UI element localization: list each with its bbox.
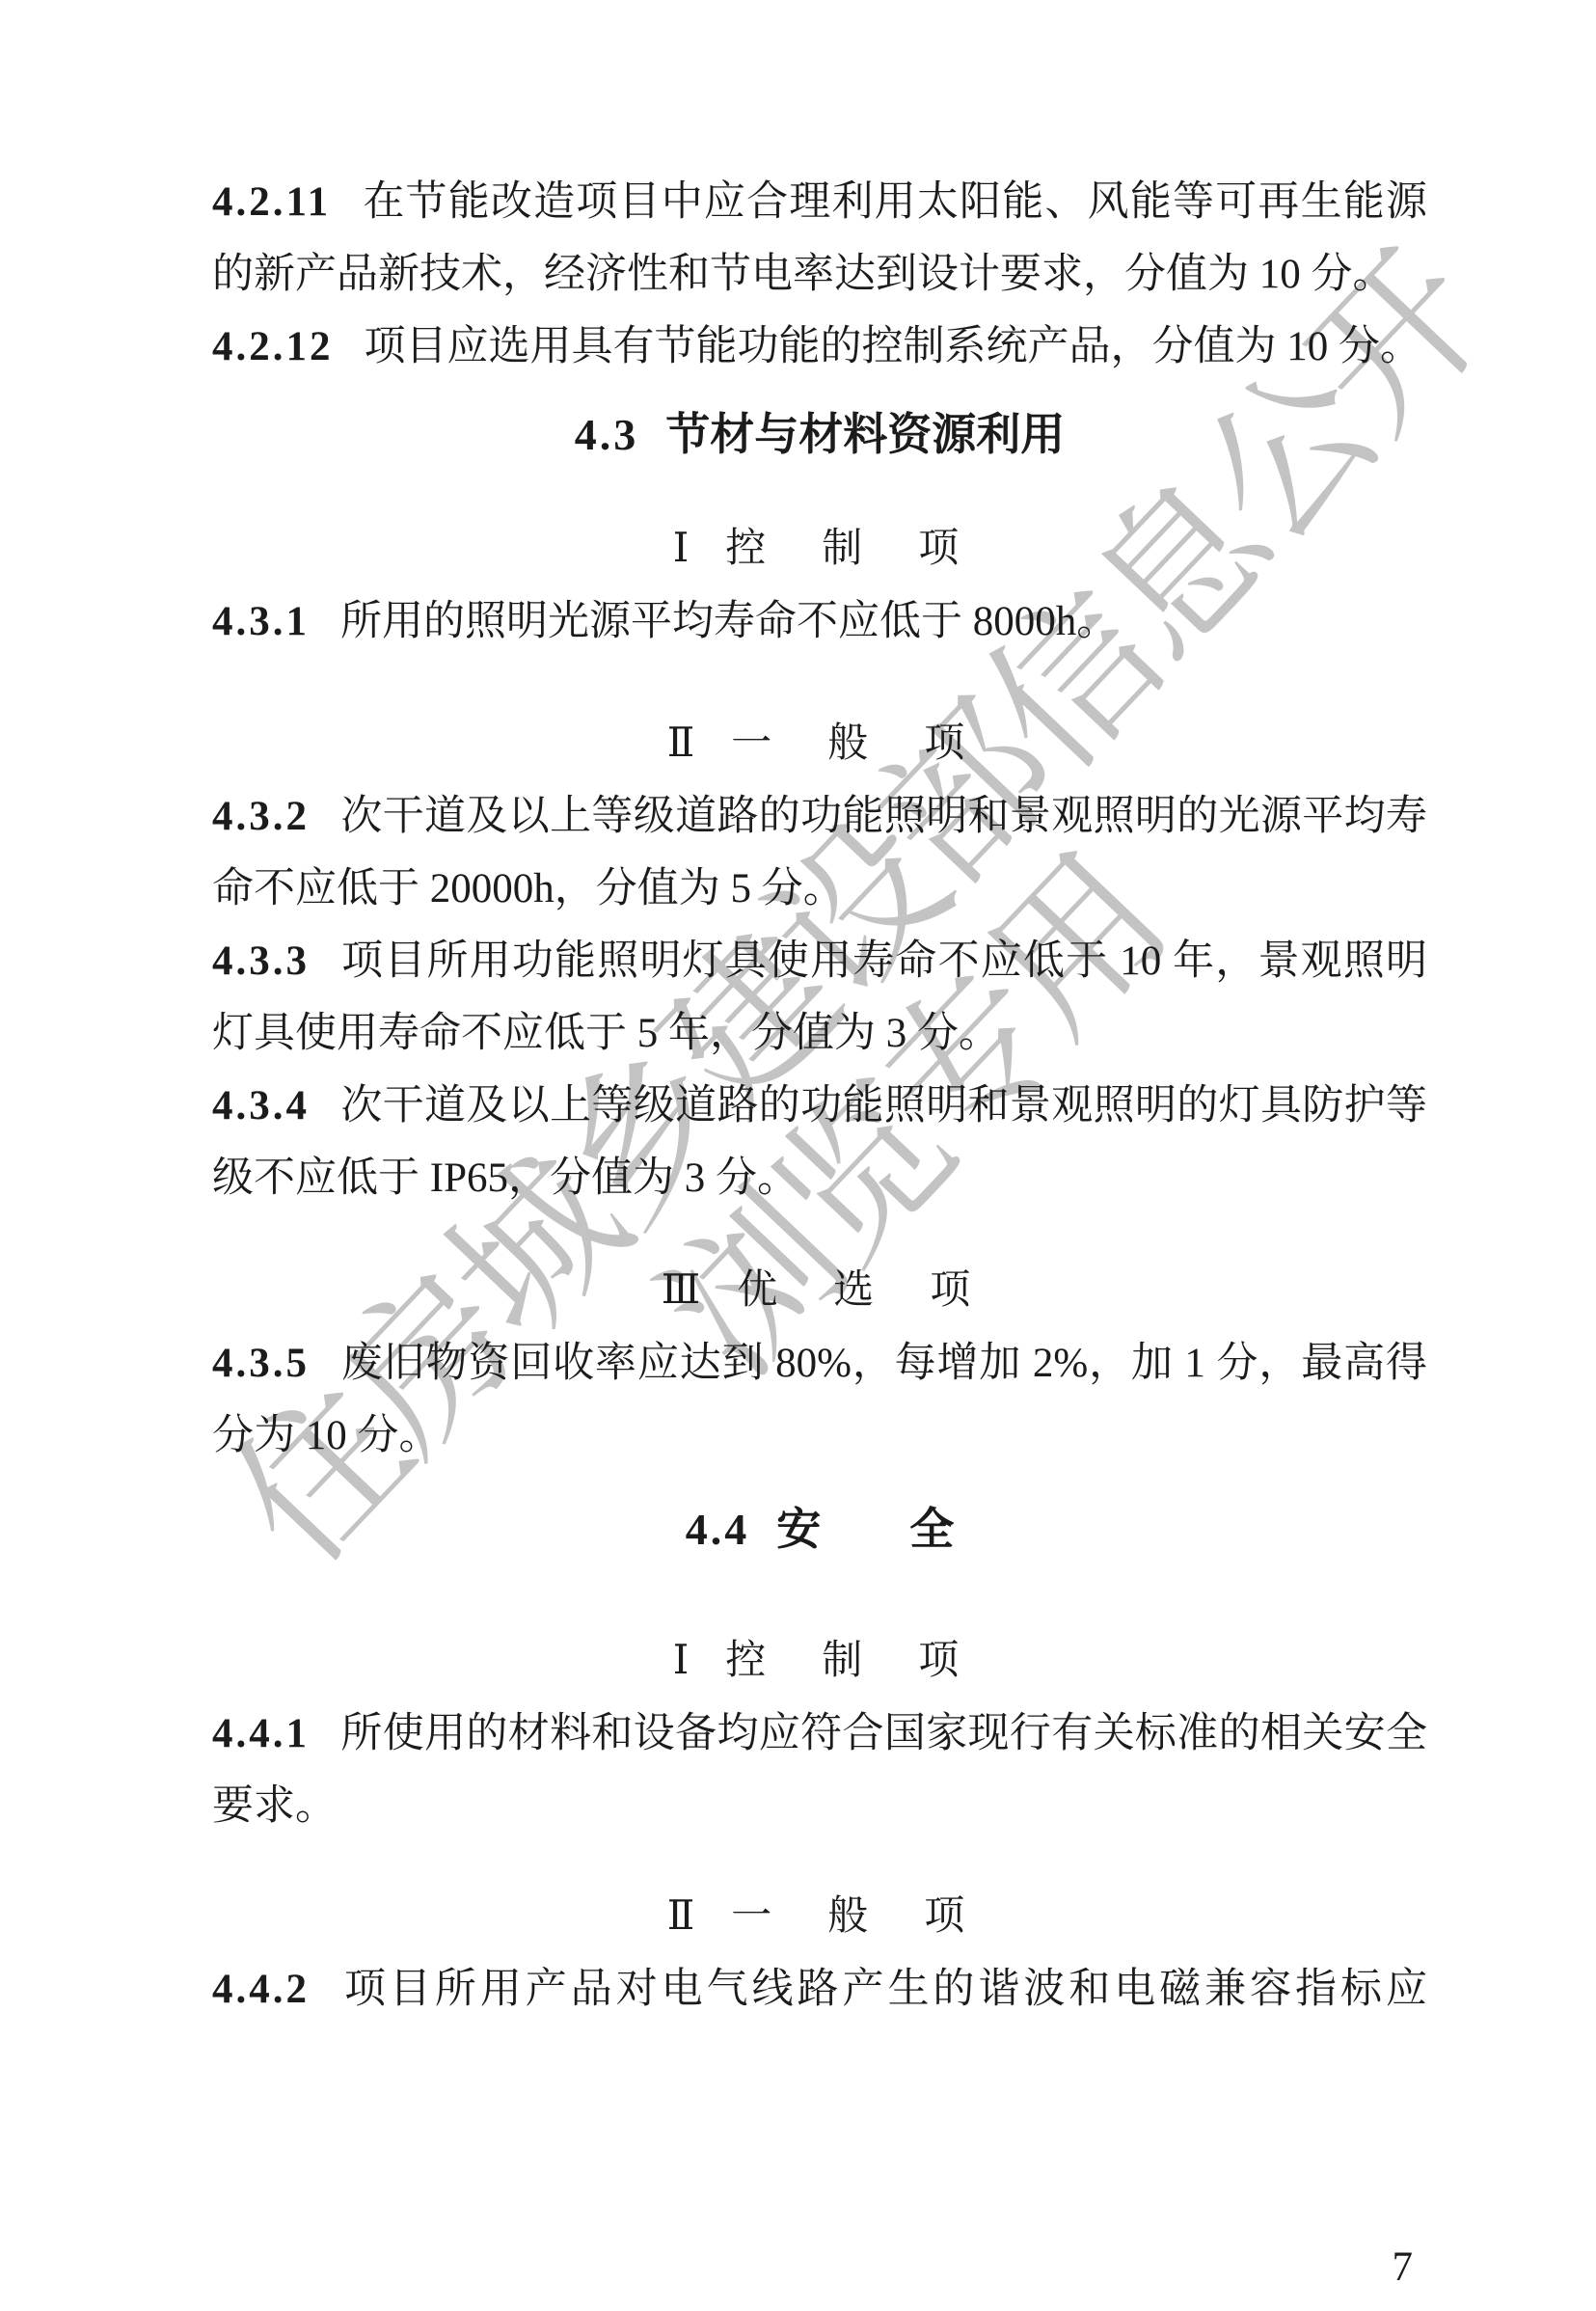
roman-numeral: Ⅰ	[673, 1639, 690, 1683]
subheading-label: 一 般 项	[731, 721, 972, 766]
clause-text: 次干道及以上等级道路的功能照明和景观照明的光源平均寿命不应低于 20000h，分…	[212, 794, 1427, 911]
clause-number: 4.2.11	[212, 179, 331, 225]
subheading-label: 控 制 项	[725, 1639, 966, 1683]
section-heading-4-3: 4.3节材与材料资源利用	[212, 398, 1427, 471]
subheading-control-items-2: Ⅰ控 制 项	[212, 1625, 1427, 1698]
clause-text: 项目所用产品对电气线路产生的谐波和电磁兼容指标应	[340, 1967, 1427, 2012]
page-number: 7	[1393, 2245, 1414, 2290]
clause-text: 项目应选用具有节能功能的控制系统产品，分值为 10 分。	[365, 324, 1422, 369]
section-heading-4-4: 4.4安 全	[212, 1493, 1427, 1565]
roman-numeral: Ⅱ	[667, 1894, 695, 1939]
clause-4-4-2: 4.4.2项目所用产品对电气线路产生的谐波和电磁兼容指标应	[212, 1953, 1427, 2026]
clause-number: 4.3.1	[212, 599, 310, 644]
clause-text: 次干道及以上等级道路的功能照明和景观照明的灯具防护等级不应低于 IP65，分值为…	[212, 1083, 1427, 1201]
clause-text: 所使用的材料和设备均应符合国家现行有关标准的相关安全要求。	[212, 1711, 1427, 1829]
clause-4-3-1: 4.3.1所用的照明光源平均寿命不应低于 8000h。	[212, 585, 1427, 658]
clause-4-3-5: 4.3.5废旧物资回收率应达到 80%，每增加 2%，加 1 分，最高得分为 1…	[212, 1327, 1427, 1472]
section-number: 4.4	[686, 1505, 750, 1554]
section-title: 节材与材料资源利用	[665, 409, 1065, 459]
clause-4-4-1: 4.4.1所使用的材料和设备均应符合国家现行有关标准的相关安全要求。	[212, 1698, 1427, 1842]
clause-number: 4.2.12	[212, 324, 334, 369]
clause-number: 4.3.3	[212, 938, 310, 984]
clause-text: 项目所用功能照明灯具使用寿命不应低于 10 年，景观照明灯具使用寿命不应低于 5…	[212, 938, 1427, 1056]
clause-number: 4.4.2	[212, 1967, 310, 2012]
clause-text: 所用的照明光源平均寿命不应低于 8000h。	[340, 599, 1118, 644]
section-title: 安 全	[776, 1504, 954, 1554]
clause-4-3-4: 4.3.4次干道及以上等级道路的功能照明和景观照明的灯具防护等级不应低于 IP6…	[212, 1070, 1427, 1214]
clause-text: 在节能改造项目中应合理利用太阳能、风能等可再生能源的新产品新技术，经济性和节电率…	[212, 179, 1427, 297]
clause-number: 4.3.5	[212, 1341, 310, 1386]
clause-4-3-2: 4.3.2次干道及以上等级道路的功能照明和景观照明的光源平均寿命不应低于 200…	[212, 780, 1427, 925]
subheading-label: 控 制 项	[725, 527, 966, 571]
clause-4-2-12: 4.2.12项目应选用具有节能功能的控制系统产品，分值为 10 分。	[212, 311, 1427, 383]
roman-numeral: Ⅰ	[673, 527, 690, 571]
roman-numeral: Ⅲ	[662, 1268, 701, 1313]
clause-number: 4.3.2	[212, 794, 310, 839]
subheading-general-items-1: Ⅱ一 般 项	[212, 708, 1427, 780]
section-number: 4.3	[575, 410, 639, 459]
clause-text: 废旧物资回收率应达到 80%，每增加 2%，加 1 分，最高得分为 10 分。	[212, 1341, 1427, 1458]
subheading-label: 优 选 项	[737, 1268, 978, 1313]
roman-numeral: Ⅱ	[667, 721, 695, 766]
subheading-general-items-2: Ⅱ一 般 项	[212, 1881, 1427, 1953]
document-page: 住房城乡建设部信息公开 浏览专用 4.2.11在节能改造项目中应合理利用太阳能、…	[0, 0, 1596, 2311]
subheading-label: 一 般 项	[731, 1894, 972, 1939]
text-column: 4.2.11在节能改造项目中应合理利用太阳能、风能等可再生能源的新产品新技术，经…	[212, 0, 1427, 2026]
clause-number: 4.4.1	[212, 1711, 310, 1756]
clause-number: 4.3.4	[212, 1083, 310, 1128]
subheading-preferred-items: Ⅲ优 选 项	[212, 1255, 1427, 1327]
clause-4-2-11: 4.2.11在节能改造项目中应合理利用太阳能、风能等可再生能源的新产品新技术，经…	[212, 166, 1427, 311]
clause-4-3-3: 4.3.3项目所用功能照明灯具使用寿命不应低于 10 年，景观照明灯具使用寿命不…	[212, 925, 1427, 1070]
subheading-control-items-1: Ⅰ控 制 项	[212, 513, 1427, 585]
